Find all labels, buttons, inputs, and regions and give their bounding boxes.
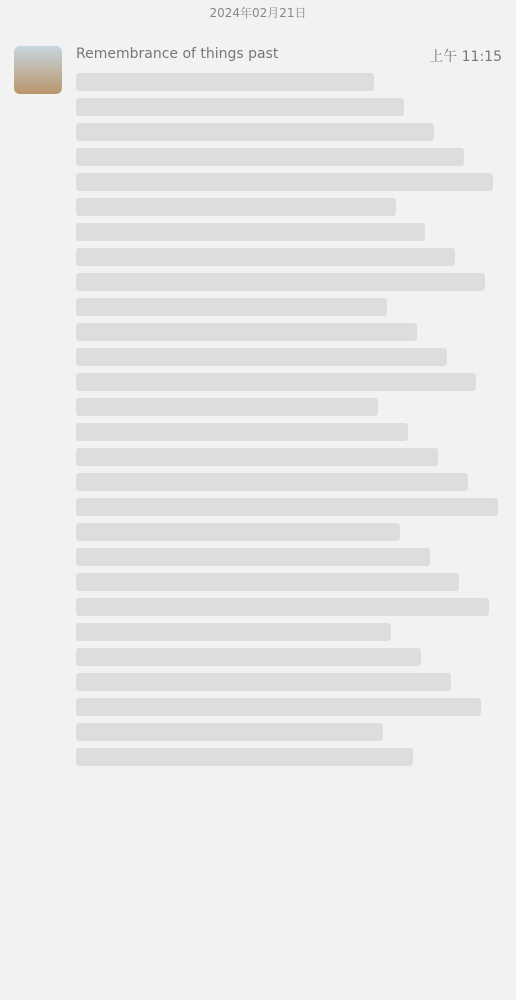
chat-header: 2024年02月21日 [0,0,516,34]
redacted-text-line [76,223,425,241]
redacted-text-line [76,273,485,291]
redacted-text-line [76,523,400,541]
redacted-text-line [76,248,455,266]
redacted-text-line [76,348,447,366]
redacted-text-line [76,373,476,391]
redacted-text-line [76,748,413,766]
redacted-text-line [76,73,374,91]
sender-name: Remembrance of things past [76,46,278,66]
redacted-text-line [76,573,459,591]
redacted-text-line [76,298,387,316]
redacted-text-line [76,473,468,491]
redacted-text-line [76,648,421,666]
redacted-text-line [76,423,408,441]
redacted-text-line [76,498,498,516]
redacted-text-line [76,198,396,216]
redacted-text-line [76,148,464,166]
date-label: 2024年02月21日 [0,4,516,21]
redacted-text-line [76,623,391,641]
redacted-text-line [76,323,417,341]
message-body [76,73,502,766]
redacted-text-line [76,448,438,466]
redacted-text-line [76,173,493,191]
redacted-text-line [76,598,489,616]
message-item: Remembrance of things past 上午 11:15 [0,34,516,785]
redacted-text-line [76,123,434,141]
redacted-text-line [76,673,451,691]
avatar[interactable] [14,46,62,94]
redacted-text-line [76,698,481,716]
redacted-text-line [76,723,383,741]
redacted-text-line [76,98,404,116]
timestamp: 上午 11:15 [429,46,502,66]
redacted-text-line [76,398,378,416]
redacted-text-line [76,548,430,566]
